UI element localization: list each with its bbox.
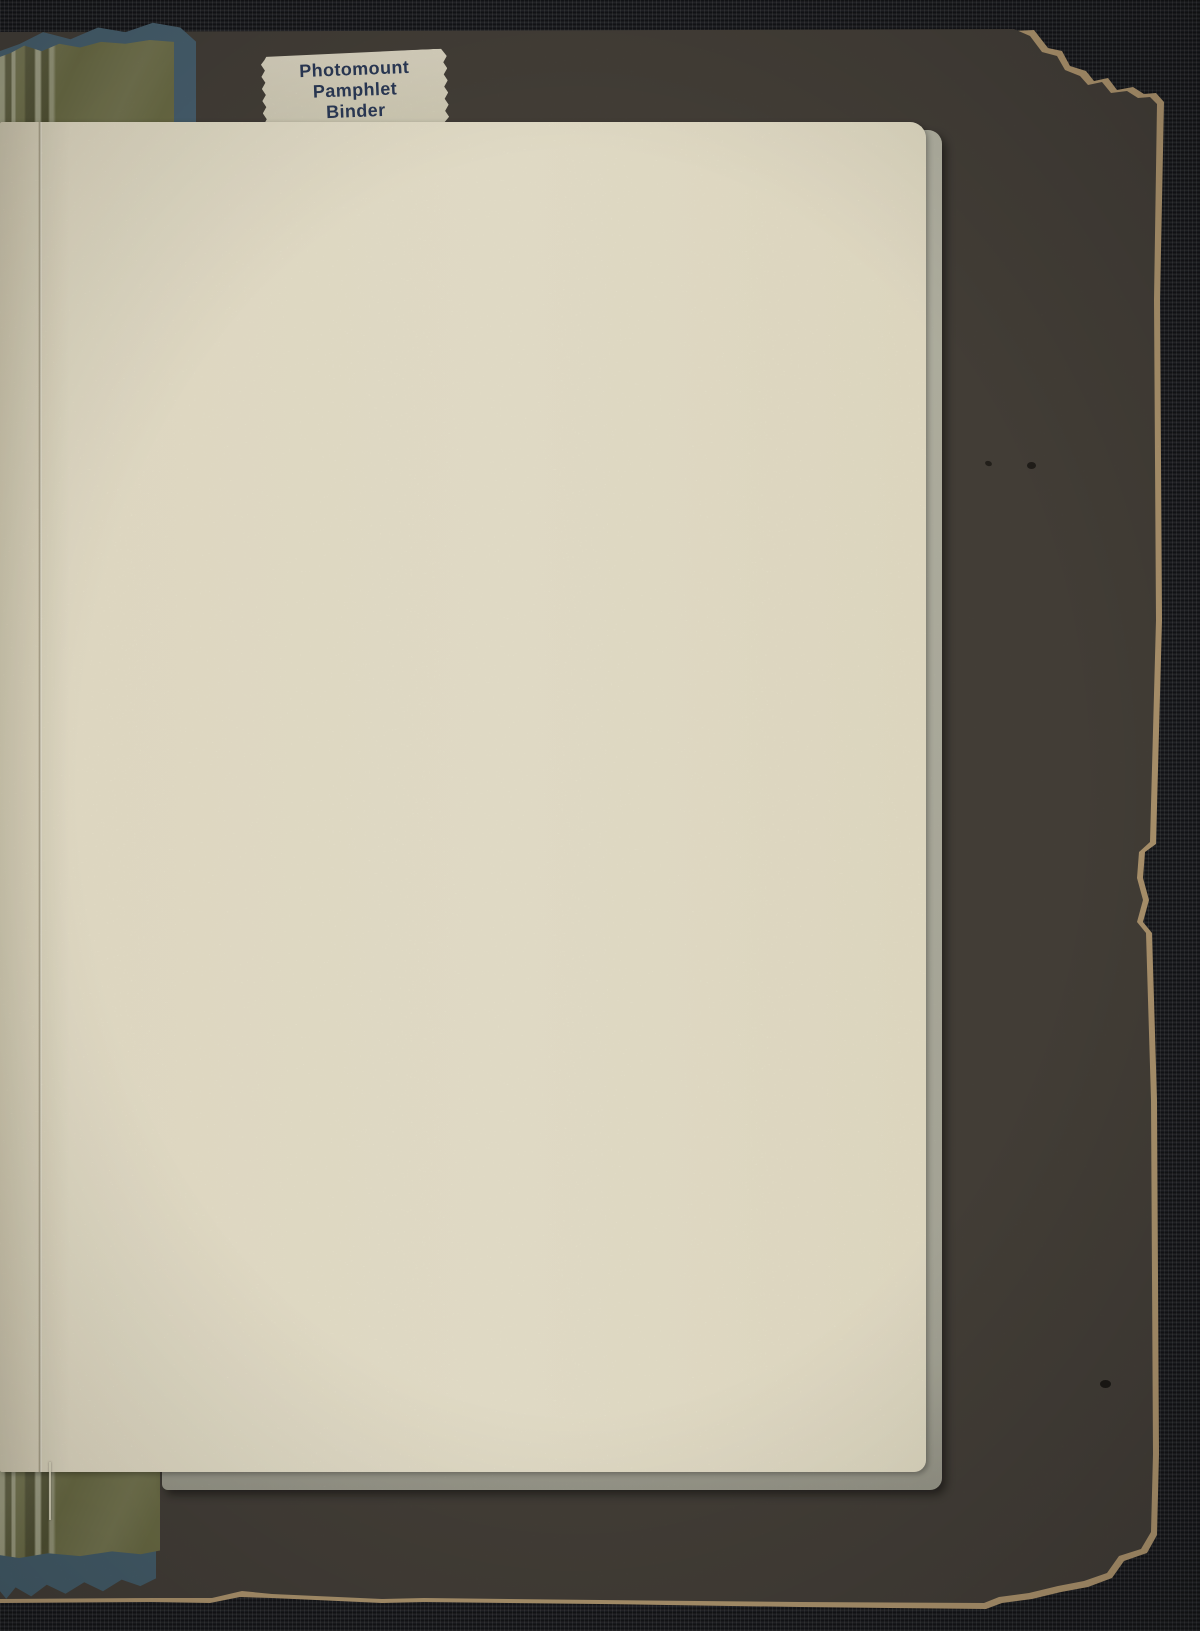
paper-speck (1100, 1380, 1111, 1388)
spine-shading (0, 122, 70, 1472)
pamphlet-page (0, 122, 926, 1472)
binding-tape-olive-top (0, 40, 174, 134)
scanned-pamphlet-page-in-binder: Photomount Pamphlet Binder mercially in … (0, 0, 1200, 1631)
tape-gloss-sheen (0, 40, 174, 134)
binding-tape-olive-bottom (0, 1464, 160, 1558)
binding-thread (49, 1462, 51, 1520)
page-fold-crease (38, 122, 42, 1472)
binder-label: Photomount Pamphlet Binder (261, 48, 450, 131)
paper-speck (1027, 462, 1036, 469)
tape-gloss-sheen (0, 1464, 160, 1558)
